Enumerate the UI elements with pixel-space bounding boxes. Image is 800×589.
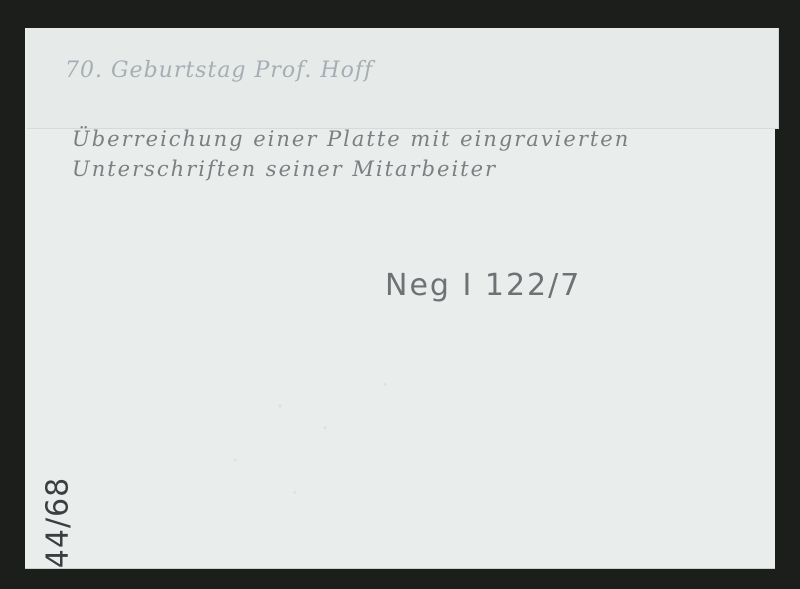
archive-number: 44/68 [41,473,76,573]
description-line-1: Überreichung einer Platte mit eingravier… [72,127,630,151]
flap-note-text: 70. Geburtstag Prof. Hoff [65,58,373,83]
description-line-2: Unterschriften seiner Mitarbeiter [72,157,497,181]
negative-number: Neg I 122/7 [385,268,581,303]
